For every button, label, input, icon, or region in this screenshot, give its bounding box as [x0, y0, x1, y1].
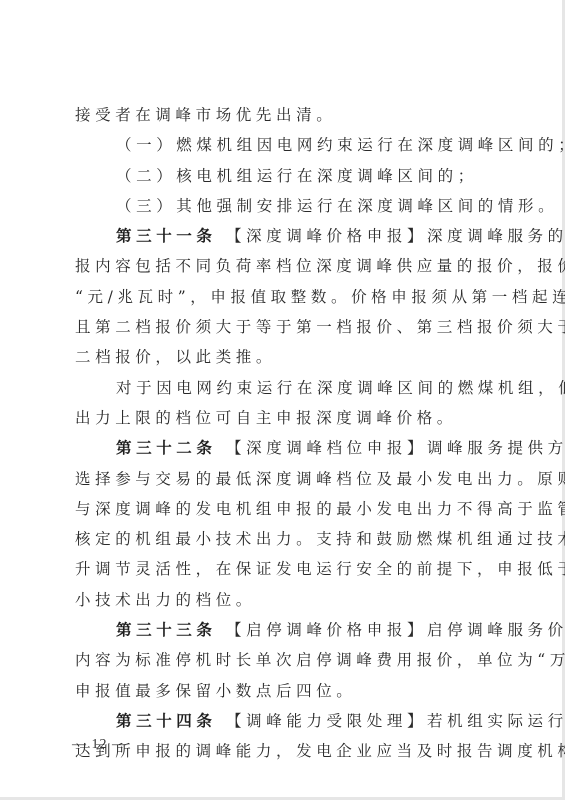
list-item: （二）核电机组运行在深度调峰区间的； [75, 161, 495, 191]
document-page: 接受者在调峰市场优先出清。 （一）燃煤机组因电网约束运行在深度调峰区间的； （二… [0, 0, 562, 797]
text-line: 报内容包括不同负荷率档位深度调峰供应量的报价，报价单位为 [75, 251, 495, 281]
text-line: 内容为标准停机时长单次启停调峰费用报价，单位为“万元/次”， [75, 645, 495, 675]
article-text: 【启停调峰价格申报】启停调峰服务价格申报 [217, 621, 565, 639]
list-item: （一）燃煤机组因电网约束运行在深度调峰区间的； [75, 130, 495, 160]
text-line: 核定的机组最小技术出力。支持和鼓励燃煤机组通过技术改造提 [75, 524, 495, 554]
text-line: 达到所申报的调峰能力，发电企业应当及时报告调度机构，调度 [75, 736, 495, 766]
text-line: 升调节灵活性，在保证发电运行安全的前提下，申报低于机组最 [75, 554, 495, 584]
text-line: 小技术出力的档位。 [75, 585, 495, 615]
text-line: 且第二档报价须大于等于第一档报价、第三档报价须大于等于第 [75, 312, 495, 342]
article-text: 【调峰能力受限处理】若机组实际运行中不能 [217, 712, 565, 730]
article-number: 第三十二条 [116, 438, 217, 457]
article-32-line: 第三十二条 【深度调峰档位申报】调峰服务提供方可自主 [75, 433, 495, 463]
text-line: 申报值最多保留小数点后四位。 [75, 676, 495, 706]
article-33-line: 第三十三条 【启停调峰价格申报】启停调峰服务价格申报 [75, 615, 495, 645]
article-text: 【深度调峰价格申报】深度调峰服务的价格申 [217, 227, 565, 245]
article-34-line: 第三十四条 【调峰能力受限处理】若机组实际运行中不能 [75, 706, 495, 736]
text-line: “元/兆瓦时”，申报值取整数。价格申报须从第一档起连续报价， [75, 282, 495, 312]
text-line: 对于因电网约束运行在深度调峰区间的燃煤机组，低于规定 [75, 373, 495, 403]
body-text: 接受者在调峰市场优先出清。 （一）燃煤机组因电网约束运行在深度调峰区间的； （二… [75, 100, 495, 767]
article-text: 【深度调峰档位申报】调峰服务提供方可自主 [217, 439, 565, 457]
article-number: 第三十四条 [116, 711, 217, 730]
text-line: 接受者在调峰市场优先出清。 [75, 100, 495, 130]
list-item: （三）其他强制安排运行在深度调峰区间的情形。 [75, 191, 495, 221]
article-number: 第三十一条 [116, 226, 217, 245]
text-line: 选择参与交易的最低深度调峰档位及最小发电出力。原则上，参 [75, 464, 495, 494]
text-line: 与深度调峰的发电机组申报的最小发电出力不得高于监管机构 [75, 494, 495, 524]
text-line: 出力上限的档位可自主申报深度调峰价格。 [75, 403, 495, 433]
article-number: 第三十三条 [116, 620, 217, 639]
text-line: 二档报价，以此类推。 [75, 342, 495, 372]
page-number: — 12 — [72, 737, 127, 753]
article-31-line: 第三十一条 【深度调峰价格申报】深度调峰服务的价格申 [75, 221, 495, 251]
